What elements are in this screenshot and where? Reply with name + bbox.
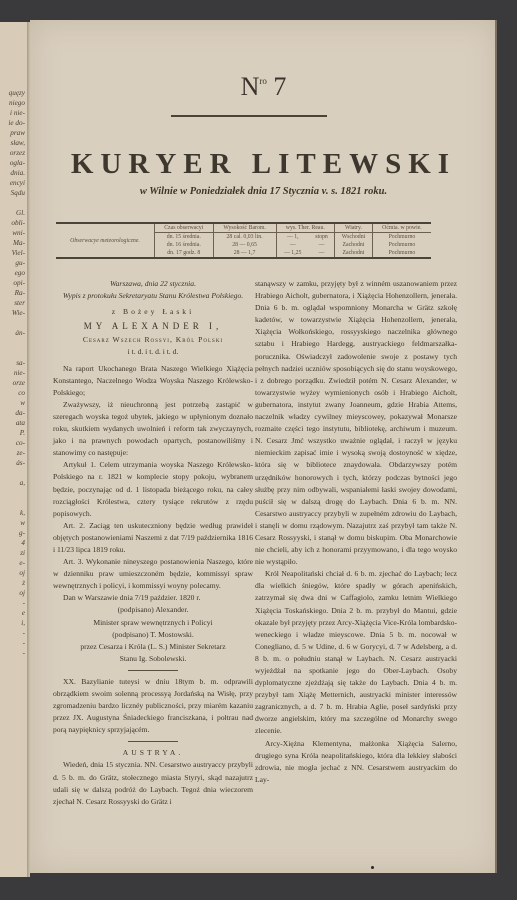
previous-page-fragment: ata — [0, 418, 27, 428]
previous-page-fragment: - — [0, 628, 27, 638]
article-dateline: Warszawa, dnia 22 stycznia. — [53, 278, 253, 290]
meteo-header: Oćmia. w powie. — [372, 224, 431, 233]
previous-page-fragment: obli- — [0, 218, 27, 228]
meteo-cell: — 1, — [276, 233, 309, 242]
protocol-heading: Wypis z protokułu Sekretaryatu Stanu Kró… — [53, 290, 253, 302]
previous-page-fragment: Ma- — [0, 238, 27, 248]
meteo-cell: Pochmurno — [372, 233, 431, 242]
austria-paragraph: Wiedeń, dnia 15 stycznia. NN. Cesarstwo … — [53, 759, 253, 807]
previous-page-fragment: orzez — [0, 148, 27, 158]
previous-page-fragment — [0, 198, 27, 208]
previous-page-fragment: Gl. — [0, 208, 27, 218]
previous-page-edge: quęzyniegoi nie-ie do-prawsław,orzezogla… — [0, 22, 28, 877]
ink-dot — [371, 866, 374, 869]
meteo-header: Wysokość Barom. — [213, 224, 276, 233]
meteo-cell: 28 cal. 0,03 lin. — [213, 233, 276, 242]
meteo-header: wys. Ther. Reau. — [276, 224, 334, 233]
meteo-cell: Pochmurno — [372, 249, 431, 257]
meteo-cell: Pochmurno — [372, 241, 431, 249]
previous-page-fragment: praw — [0, 128, 27, 138]
previous-page-fragment: sa- — [0, 358, 27, 368]
previous-page-fragment: da- — [0, 408, 27, 418]
previous-page-fragment: ster — [0, 298, 27, 308]
newspaper-title: KURYER LITEWSKI — [30, 148, 497, 181]
signature-line: (podpisano) T. Mostowski. — [53, 629, 253, 641]
previous-page-fragment: án- — [0, 328, 27, 338]
previous-page-fragment: ogla- — [0, 158, 27, 168]
previous-page-fragment: oj — [0, 588, 27, 598]
previous-page-fragment: encyi — [0, 178, 27, 188]
meteo-cell: Zachodni — [335, 241, 373, 249]
previous-page-fragment: zi — [0, 548, 27, 558]
previous-page-fragment: 4 — [0, 538, 27, 548]
previous-page-fragment — [0, 498, 27, 508]
previous-page-fragment: orze — [0, 378, 27, 388]
previous-page-fragment — [0, 338, 27, 348]
previous-page-fragment: Sądu — [0, 188, 27, 198]
previous-page-fragment: sław, — [0, 138, 27, 148]
issue-number: Nro 7 — [30, 72, 497, 102]
issue-dateline: w Wilnie w Poniedziałek dnia 17 Stycznia… — [30, 186, 497, 197]
meteo-cell: dn. 15 średnia. — [154, 233, 213, 242]
meteorological-table: Obserwacye meteorologiczne. Czas obserwa… — [56, 222, 431, 259]
article-paragraph: Arcy-Xiężna Klementyna, małżonka Xiążęci… — [255, 738, 457, 786]
previous-page-fragment: co- — [0, 438, 27, 448]
previous-page-fragment: - — [0, 648, 27, 658]
meteo-row-label: Obserwacye meteorologiczne. — [56, 224, 154, 257]
previous-page-fragment: a, — [0, 478, 27, 488]
newspaper-page: Nro 7 KURYER LITEWSKI w Wilnie w Poniedz… — [30, 20, 497, 873]
monarch-name: MY ALEXANDER I, — [53, 320, 253, 332]
previous-page-fragment: Viel- — [0, 248, 27, 258]
previous-page-fragment: opi- — [0, 278, 27, 288]
previous-page-fragment: ego — [0, 268, 27, 278]
previous-page-fragment: ás- — [0, 458, 27, 468]
previous-page-fragment: i nie- — [0, 108, 27, 118]
signature-line: przez Cesarza i Króla (L. S.) Minister S… — [53, 641, 253, 653]
previous-page-fragment: e- — [0, 558, 27, 568]
decree-paragraph: Zważywszy, iż nieuchronną jest potrzebą … — [53, 399, 253, 459]
previous-page-fragment: k, — [0, 508, 27, 518]
previous-page-fragment — [0, 468, 27, 478]
previous-page-fragment: g- — [0, 528, 27, 538]
previous-page-fragment: nie- — [0, 368, 27, 378]
meteo-cell: — — [309, 249, 335, 257]
previous-page-fragment: Wie- — [0, 308, 27, 318]
meteo-cell: 28 — 0,65 — [213, 241, 276, 249]
meteo-header: Czas obserwacyi — [154, 224, 213, 233]
separator-rule — [128, 670, 178, 671]
previous-page-fragment: - — [0, 638, 27, 648]
meteo-cell: Wschodni — [335, 233, 373, 242]
meteo-cell: Zachodni — [335, 249, 373, 257]
previous-page-fragment: oj — [0, 568, 27, 578]
separator-rule — [128, 741, 178, 742]
previous-page-fragment: Ra- — [0, 288, 27, 298]
meteo-cell: dn. 16 średnia. — [154, 241, 213, 249]
right-column: stanąwszy w zamku, przyjęty był z winném… — [255, 278, 457, 786]
meteo-cell: 28 — 1,7 — [213, 249, 276, 257]
previous-page-fragment: wni- — [0, 228, 27, 238]
masthead-rule — [171, 115, 327, 117]
previous-page-fragment — [0, 488, 27, 498]
previous-page-fragment: ie do- — [0, 118, 27, 128]
titles-line: Cesarz Wszech Rossyi, Król Polski — [53, 334, 253, 346]
previous-page-fragment: quęzy — [0, 88, 27, 98]
meteo-cell: stopn — [309, 233, 335, 242]
previous-page-fragment: i, — [0, 618, 27, 628]
meteo-cell: — 1,25 — [276, 249, 309, 257]
number-value: 7 — [273, 72, 286, 101]
article-paragraph: Król Neapolitański chciał d. 6 b. m. zje… — [255, 568, 457, 737]
previous-page-fragment: w — [0, 518, 27, 528]
previous-page-fragment: P. — [0, 428, 27, 438]
grace-line: z Bożey Łaski — [53, 306, 253, 318]
decree-paragraph: Artykuł 1. Celem utrzymania woyska Nasze… — [53, 459, 253, 519]
previous-page-fragment: e — [0, 608, 27, 618]
etc-line: i t. d. i t. d. i t. d. — [53, 346, 253, 358]
previous-page-fragment: ż — [0, 578, 27, 588]
meteo-cell: — — [276, 241, 309, 249]
previous-page-fragment: co — [0, 388, 27, 398]
previous-page-fragment: ze- — [0, 448, 27, 458]
decree-paragraph: Art. 3. Wykonanie nineyszego postanowien… — [53, 556, 253, 592]
decree-paragraph: Dan w Warszawie dnia 7/19 paździer. 1820… — [53, 592, 253, 604]
number-prefix: N — [241, 72, 260, 101]
previous-page-fragment: gu- — [0, 258, 27, 268]
previous-page-fragment: niego — [0, 98, 27, 108]
meteo-cell: — — [309, 241, 335, 249]
meteo-cell: dn. 17 godz. 8 — [154, 249, 213, 257]
previous-page-fragment: - — [0, 598, 27, 608]
previous-page-fragment — [0, 318, 27, 328]
previous-page-fragment: dnia. — [0, 168, 27, 178]
article-paragraph: stanąwszy w zamku, przyjęty był z winném… — [255, 278, 457, 568]
left-column: Warszawa, dnia 22 stycznia. Wypis z prot… — [53, 278, 253, 808]
signature-line: Minister spraw wewnętrznych i Policyi — [53, 617, 253, 629]
signature-line: (podpisano) Alexander. — [53, 604, 253, 616]
decree-paragraph: Art. 2. Zaciąg ten uskuteczniony będzie … — [53, 520, 253, 556]
section-heading-austria: AUSTRYA. — [53, 747, 253, 759]
basilian-paragraph: XX. Bazylianie tuteysi w dniu 18tym b. m… — [53, 676, 253, 736]
signature-line: Stanu Ig. Sobolewski. — [53, 653, 253, 665]
previous-page-fragment — [0, 348, 27, 358]
decree-paragraph: Na raport Ukochanego Brata Naszego Wielk… — [53, 363, 253, 399]
meteo-header: Wiatry. — [335, 224, 373, 233]
number-superscript: ro — [259, 76, 267, 86]
previous-page-fragment: w — [0, 398, 27, 408]
